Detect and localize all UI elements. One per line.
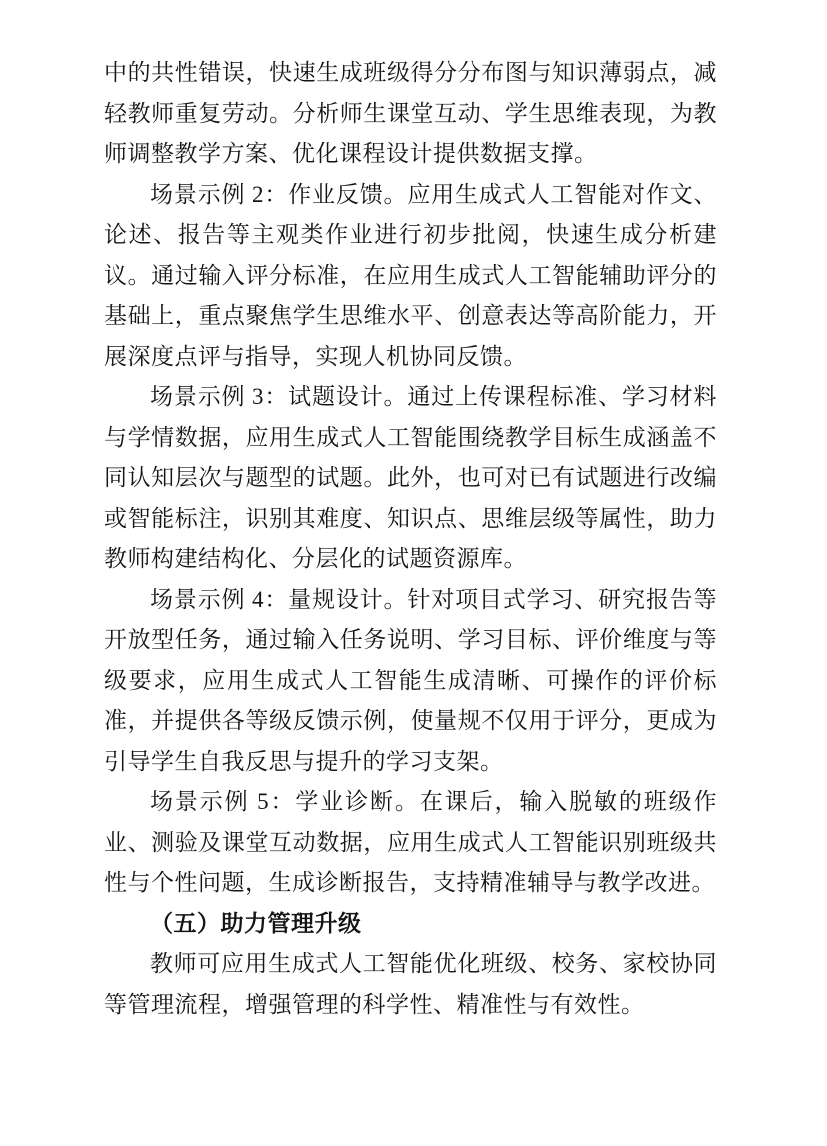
paragraph-scenario-3-test-design: 场景示例 3：试题设计。通过上传课程标准、学习材料与学情数据，应用生成式人工智能…	[104, 377, 717, 580]
paragraph-management-optimization: 教师可应用生成式人工智能优化班级、校务、家校协同等管理流程，增强管理的科学性、精…	[104, 944, 717, 1025]
document-page: 中的共性错误，快速生成班级得分分布图与知识薄弱点，减轻教师重复劳动。分析师生课堂…	[0, 0, 827, 1146]
paragraph-continuation-teaching-analysis: 中的共性错误，快速生成班级得分分布图与知识薄弱点，减轻教师重复劳动。分析师生课堂…	[104, 53, 717, 175]
document-body: 中的共性错误，快速生成班级得分分布图与知识薄弱点，减轻教师重复劳动。分析师生课堂…	[104, 53, 717, 1025]
paragraph-scenario-5-academic-diagnosis: 场景示例 5：学业诊断。在课后，输入脱敏的班级作业、测验及课堂互动数据，应用生成…	[104, 782, 717, 904]
paragraph-scenario-2-homework-feedback: 场景示例 2：作业反馈。应用生成式人工智能对作文、论述、报告等主观类作业进行初步…	[104, 175, 717, 378]
section-heading-management-upgrade: （五）助力管理升级	[104, 904, 717, 945]
paragraph-scenario-4-rubric-design: 场景示例 4：量规设计。针对项目式学习、研究报告等开放型任务，通过输入任务说明、…	[104, 580, 717, 783]
